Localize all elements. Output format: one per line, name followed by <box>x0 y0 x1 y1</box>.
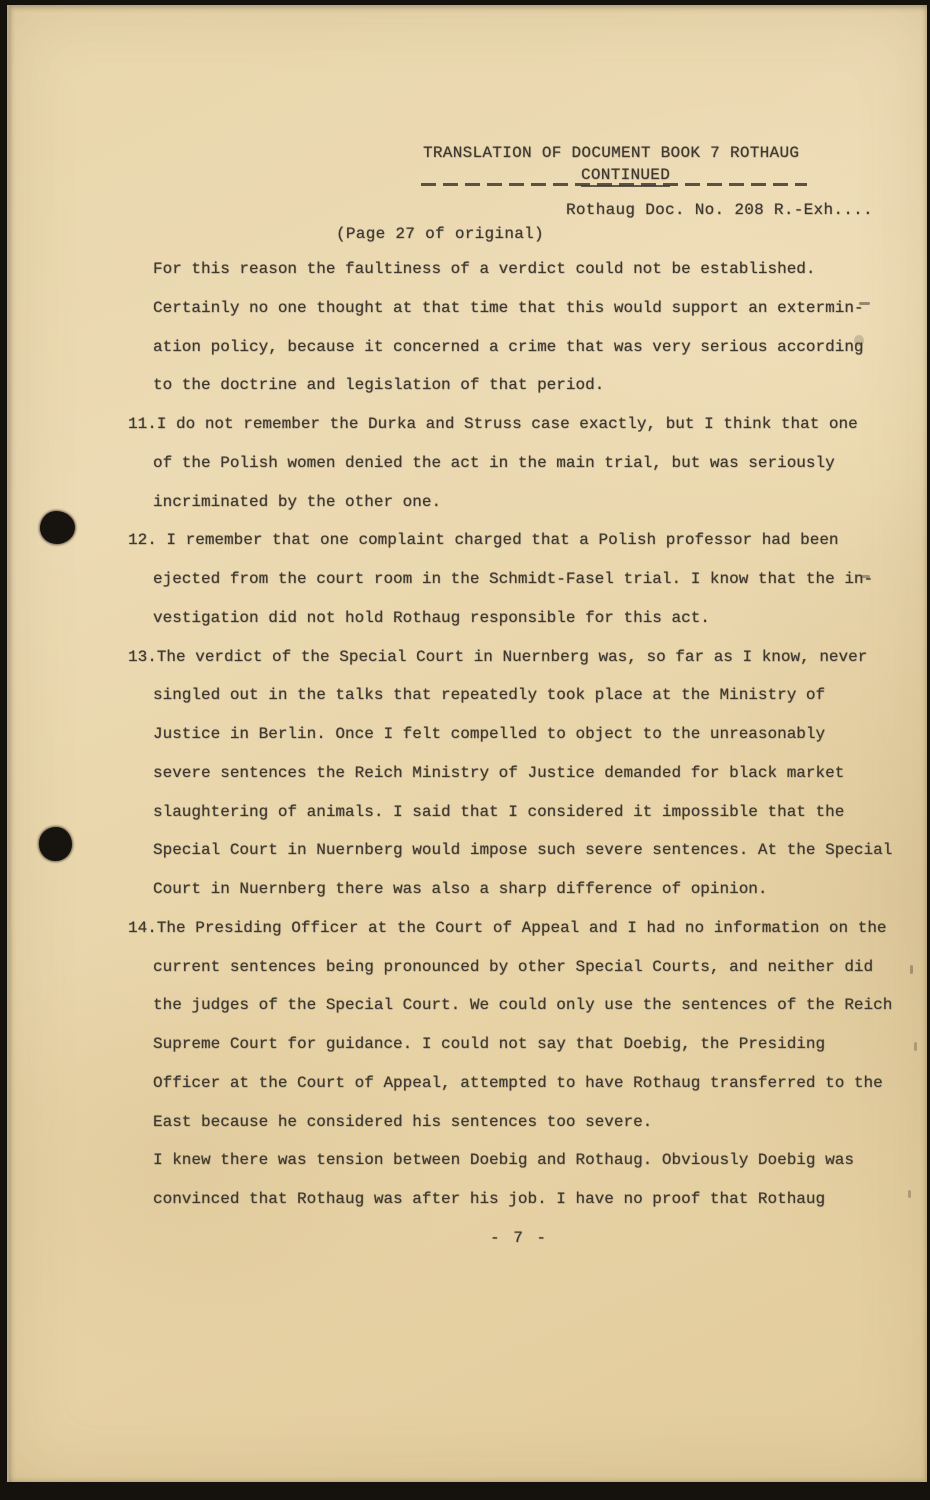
original-page-reference: (Page 27 of original) <box>336 225 544 243</box>
document-reference: Rothaug Doc. No. 208 R.-Exh.... <box>566 201 873 219</box>
text-line: slaughtering of animals. I said that I c… <box>153 793 930 832</box>
text-line: 11.I do not remember the Durka and Strus… <box>128 405 930 444</box>
scan-artifact <box>859 302 870 305</box>
text-line: ejected from the court room in the Schmi… <box>153 560 930 599</box>
text-line: Justice in Berlin. Once I felt compelled… <box>153 715 930 754</box>
text-line: Certainly no one thought at that time th… <box>153 289 930 328</box>
text-line: convinced that Rothaug was after his job… <box>153 1180 930 1219</box>
text-line: to the doctrine and legislation of that … <box>153 366 930 405</box>
text-line: incriminated by the other one. <box>153 483 930 522</box>
text-line: Supreme Court for guidance. I could not … <box>153 1025 930 1064</box>
text-line: current sentences being pronounced by ot… <box>153 948 930 987</box>
text-line: of the Polish women denied the act in th… <box>153 444 930 483</box>
scan-artifact <box>861 575 870 578</box>
text-line: Officer at the Court of Appeal, attempte… <box>153 1064 930 1103</box>
scan-artifact <box>910 965 913 974</box>
text-line: the judges of the Special Court. We coul… <box>153 986 930 1025</box>
text-line: 12. I remember that one complaint charge… <box>128 521 930 560</box>
text-line: Special Court in Nuernberg would impose … <box>153 831 930 870</box>
text-line: East because he considered his sentences… <box>153 1103 930 1142</box>
text-line: singled out in the talks that repeatedly… <box>153 676 930 715</box>
page-number: - 7 - <box>490 1229 548 1247</box>
scan-artifact <box>914 1042 917 1051</box>
text-line: 14.The Presiding Officer at the Court of… <box>128 909 930 948</box>
text-line: ation policy, because it concerned a cri… <box>153 328 930 367</box>
scan-artifact <box>854 335 864 346</box>
text-line: vestigation did not hold Rothaug respons… <box>153 599 930 638</box>
text-line: 13.The verdict of the Special Court in N… <box>128 638 930 677</box>
document-title: TRANSLATION OF DOCUMENT BOOK 7 ROTHAUG <box>423 144 799 162</box>
text-line: severe sentences the Reich Ministry of J… <box>153 754 930 793</box>
text-line: I knew there was tension between Doebig … <box>153 1141 930 1180</box>
text-line: Court in Nuernberg there was also a shar… <box>153 870 930 909</box>
header-underline <box>421 183 807 186</box>
body-text: For this reason the faultiness of a verd… <box>9 250 930 1219</box>
document-page: TRANSLATION OF DOCUMENT BOOK 7 ROTHAUG C… <box>7 5 927 1482</box>
text-line: For this reason the faultiness of a verd… <box>153 250 930 289</box>
scan-artifact <box>908 1190 911 1198</box>
